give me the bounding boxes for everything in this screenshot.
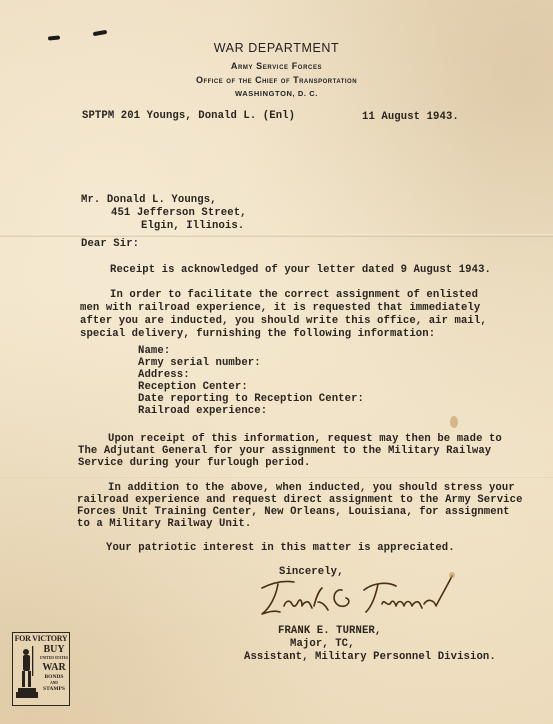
war-bonds-stamp: FOR VICTORY BUY UNITED STATES WAR BONDS … [12,632,70,706]
signatory-title: Assistant, Military Personnel Division. [244,651,496,663]
info-field: Date reporting to Reception Center: [138,393,364,405]
stain-mark [450,416,458,428]
stamp-buy: BUY [39,645,69,655]
info-field: Name: [138,345,170,357]
paragraph-2-line: In order to facilitate the correct assig… [110,289,478,301]
staple-mark-icon [48,35,60,40]
paragraph-2-line: after you are inducted, you should write… [80,315,487,327]
paragraph-4-line: railroad experience and request direct a… [77,494,523,506]
paragraph-1: Receipt is acknowledged of your letter d… [110,264,491,276]
signatory-name: FRANK E. TURNER, [278,625,381,637]
paper-fold-line [0,476,553,478]
paragraph-2-line: special delivery, furnishing the followi… [80,328,435,340]
stamp-stamps: STAMPS [39,686,69,692]
letter-date: 11 August 1943. [362,111,459,123]
letterhead-office: Office of the Chief of Transportation [0,75,553,85]
recipient-street: 451 Jefferson Street, [111,207,247,219]
signatory-rank: Major, TC, [290,638,355,650]
letterhead-location: WASHINGTON, D. C. [0,89,553,98]
letterhead-service: Army Service Forces [0,61,553,71]
salutation: Dear Sir: [81,238,139,250]
stamp-united-states: UNITED STATES [39,656,69,660]
info-field: Reception Center: [138,381,248,393]
info-field: Address: [138,369,190,381]
stamp-war: WAR [39,663,69,673]
staple-mark-icon [93,30,107,36]
paragraph-4-line: Forces Unit Training Center, New Orleans… [77,506,510,518]
letter-page: WAR DEPARTMENT Army Service Forces Offic… [0,0,553,724]
stamp-header: FOR VICTORY [13,634,69,643]
paragraph-5: Your patriotic interest in this matter i… [106,542,455,554]
paragraph-3-line: The Adjutant General for your assignment… [78,445,491,457]
recipient-name: Mr. Donald L. Youngs, [81,194,217,206]
stamp-bonds: BONDS [39,674,69,680]
letterhead-department: WAR DEPARTMENT [0,41,553,55]
stamp-and: AND [39,681,69,685]
file-reference: SPTPM 201 Youngs, Donald L. (Enl) [82,110,295,122]
handwritten-signature [256,568,456,628]
paragraph-4-line: In addition to the above, when inducted,… [108,482,515,494]
paper-fold-line [0,234,553,237]
paragraph-3-line: Upon receipt of this information, reques… [108,433,502,445]
paragraph-2-line: men with railroad experience, it is requ… [80,302,480,314]
minuteman-figure-icon [16,644,38,700]
paragraph-4-line: to a Military Railway Unit. [77,518,251,530]
info-field: Army serial number: [138,357,261,369]
recipient-city: Elgin, Illinois. [141,220,244,232]
paragraph-3-line: Service during your furlough period. [78,457,310,469]
info-field: Railroad experience: [138,405,267,417]
